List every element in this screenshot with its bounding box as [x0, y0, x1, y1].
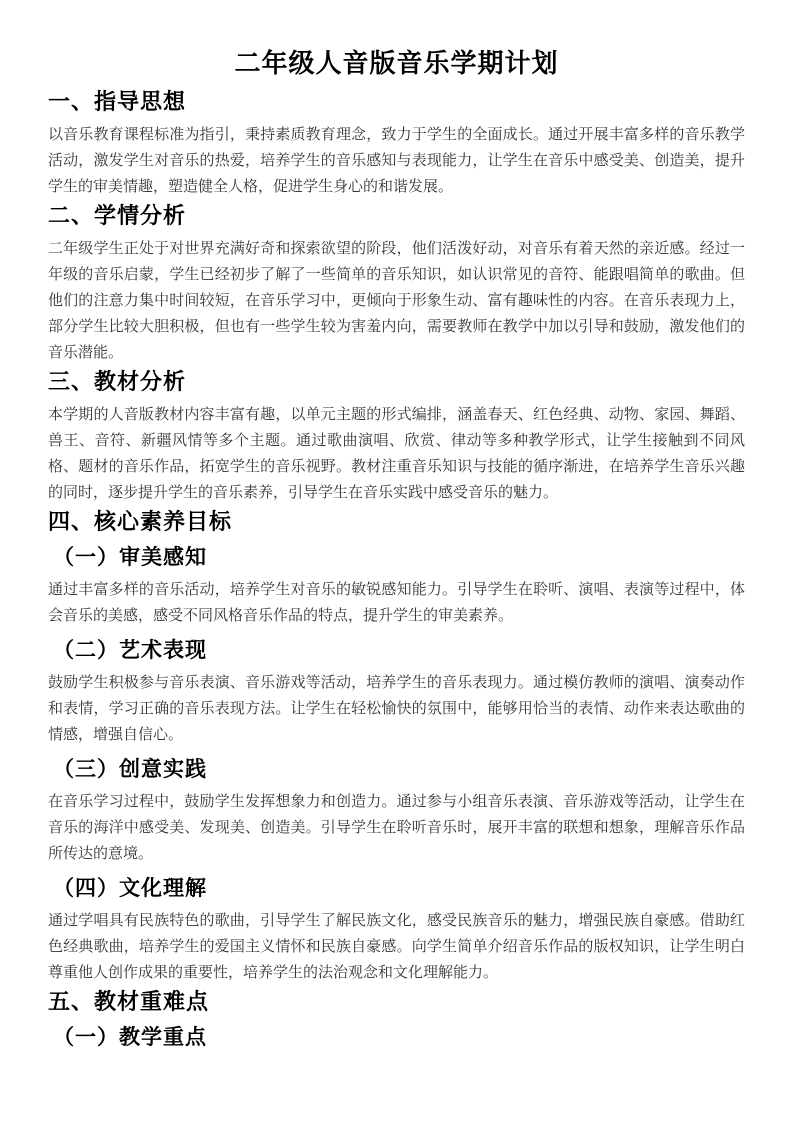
paragraph-guiding-ideology: 以音乐教育课程标准为指引，秉持素质教育理念，致力于学生的全面成长。通过开展丰富多…: [48, 122, 745, 200]
subsection-heading-creative-practice: （三）创意实践: [48, 756, 745, 783]
section-heading-guiding-ideology: 一、指导思想: [48, 88, 745, 116]
paragraph-textbook-analysis: 本学期的人音版教材内容丰富有趣，以单元主题的形式编排，涵盖春天、红色经典、动物、…: [48, 402, 745, 506]
paragraph-artistic-expression: 鼓励学生积极参与音乐表演、音乐游戏等活动，培养学生的音乐表现力。通过模仿教师的演…: [48, 670, 745, 748]
section-heading-core-competency-goals: 四、核心素养目标: [48, 508, 745, 536]
paragraph-aesthetic-perception: 通过丰富多样的音乐活动，培养学生对音乐的敏锐感知能力。引导学生在聆听、演唱、表演…: [48, 577, 745, 629]
paragraph-creative-practice: 在音乐学习过程中，鼓励学生发挥想象力和创造力。通过参与小组音乐表演、音乐游戏等活…: [48, 789, 745, 867]
subsection-heading-aesthetic-perception: （一）审美感知: [48, 544, 745, 571]
subsection-heading-cultural-understanding: （四）文化理解: [48, 875, 745, 902]
paragraph-cultural-understanding: 通过学唱具有民族特色的歌曲，引导学生了解民族文化，感受民族音乐的魅力，增强民族自…: [48, 908, 745, 986]
section-heading-textbook-analysis: 三、教材分析: [48, 368, 745, 396]
subsection-heading-teaching-key-points: （一）教学重点: [48, 1024, 745, 1051]
document-page: 二年级人音版音乐学期计划 一、指导思想 以音乐教育课程标准为指引，秉持素质教育理…: [0, 0, 793, 1122]
section-heading-learner-analysis: 二、学情分析: [48, 202, 745, 230]
subsection-heading-artistic-expression: （二）艺术表现: [48, 637, 745, 664]
document-title: 二年级人音版音乐学期计划: [48, 46, 745, 80]
paragraph-learner-analysis: 二年级学生正处于对世界充满好奇和探索欲望的阶段，他们活泼好动，对音乐有着天然的亲…: [48, 236, 745, 366]
section-heading-key-difficult-points: 五、教材重难点: [48, 988, 745, 1016]
